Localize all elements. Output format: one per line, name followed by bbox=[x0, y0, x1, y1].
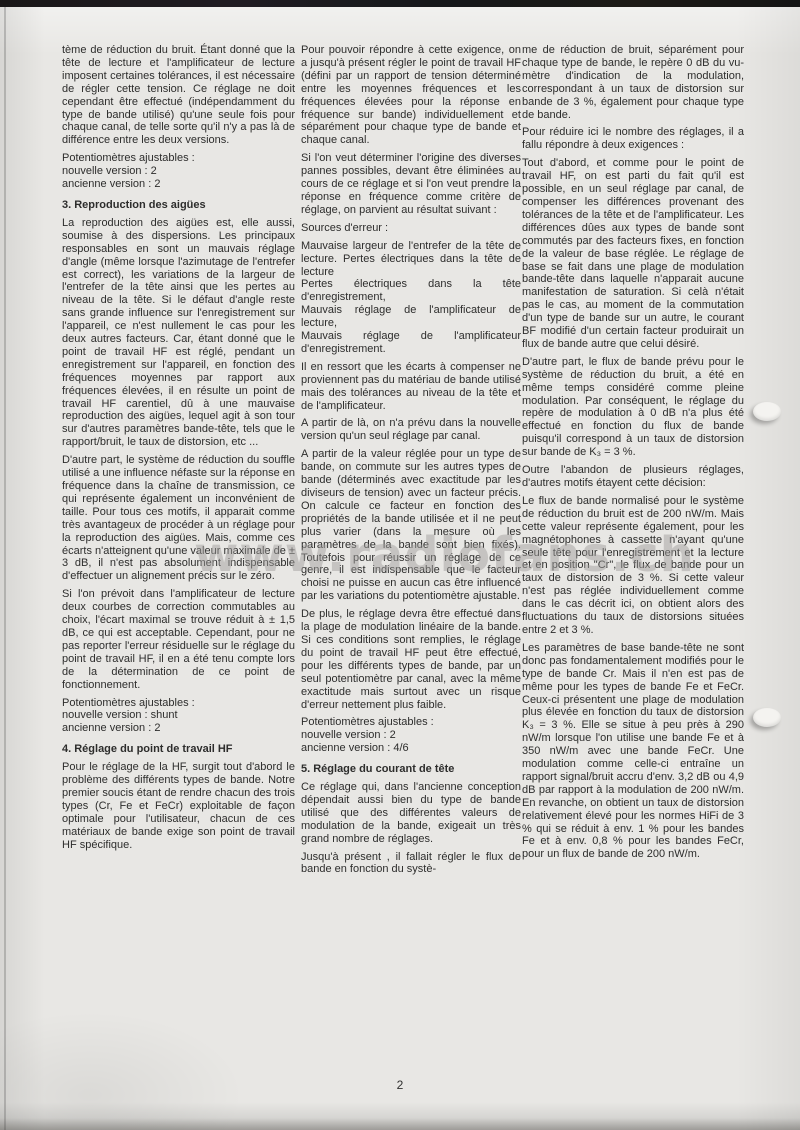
paragraph: tème de réduction du bruit. Étant donné … bbox=[62, 44, 295, 147]
list-line: Mauvaise largeur de l'entrefer de la têt… bbox=[301, 240, 521, 279]
paragraph: Pour le réglage de la HF, surgit tout d'… bbox=[62, 761, 295, 851]
page-number: 2 bbox=[0, 1078, 800, 1092]
spec-line: Potentiomètres ajustables : bbox=[62, 697, 295, 710]
paragraph: Pour pouvoir répondre à cette exigence, … bbox=[301, 44, 521, 147]
paragraph: A partir de la valeur réglée pour un typ… bbox=[301, 448, 521, 603]
paragraph: Le flux de bande normalisé pour le systè… bbox=[522, 495, 744, 637]
paragraph: Ce réglage qui, dans l'ancienne concepti… bbox=[301, 781, 521, 846]
adjustable-potentiometers-spec: Potentiomètres ajustables :nouvelle vers… bbox=[62, 152, 295, 191]
scan-bottom-shadow bbox=[0, 1118, 800, 1130]
spec-line: ancienne version : 2 bbox=[62, 178, 295, 191]
section-heading: 4. Réglage du point de travail HF bbox=[62, 743, 295, 756]
spec-line: Potentiomètres ajustables : bbox=[62, 152, 295, 165]
paragraph: Sources d'erreur : bbox=[301, 222, 521, 235]
spec-line: Potentiomètres ajustables : bbox=[301, 716, 521, 729]
list-line: Mauvais réglage de l'amplificateur de le… bbox=[301, 304, 521, 330]
punch-hole bbox=[753, 708, 781, 727]
adjustable-potentiometers-spec: Potentiomètres ajustables :nouvelle vers… bbox=[62, 697, 295, 736]
paragraph: D'autre part, le flux de bande prévu pou… bbox=[522, 356, 744, 459]
paragraph: Pour réduire ici le nombre des réglages,… bbox=[522, 126, 744, 152]
punch-hole bbox=[753, 402, 781, 421]
scan-top-edge bbox=[0, 0, 800, 7]
paragraph: Si l'on veut déterminer l'origine des di… bbox=[301, 152, 521, 217]
paragraph: Si l'on prévoit dans l'amplificateur de … bbox=[62, 588, 295, 691]
scanned-manual-page: tème de réduction du bruit. Étant donné … bbox=[0, 0, 800, 1130]
spec-line: nouvelle version : 2 bbox=[62, 165, 295, 178]
text-column-right: me de réduction de bruit, séparément pou… bbox=[522, 44, 744, 866]
paragraph: D'autre part, le système de réduction du… bbox=[62, 454, 295, 583]
list-line: Pertes électriques dans la tête d'enregi… bbox=[301, 278, 521, 304]
section-heading: 5. Réglage du courant de tête bbox=[301, 763, 521, 776]
spec-line: nouvelle version : shunt bbox=[62, 709, 295, 722]
list-line: Mauvais réglage de l'amplificateur d'enr… bbox=[301, 330, 521, 356]
paragraph: Tout d'abord, et comme pour le point de … bbox=[522, 157, 744, 351]
paragraph: La reproduction des aigües est, elle aus… bbox=[62, 217, 295, 449]
paragraph: Jusqu'à présent , il fallait régler le f… bbox=[301, 851, 521, 877]
paragraph: A partir de là, on n'a prévu dans la nou… bbox=[301, 417, 521, 443]
page-left-edge-line bbox=[4, 7, 6, 1130]
text-column-left: tème de réduction du bruit. Étant donné … bbox=[62, 44, 295, 856]
spec-line: nouvelle version : 2 bbox=[301, 729, 521, 742]
paragraph: Il en ressort que les écarts à compenser… bbox=[301, 361, 521, 413]
paragraph: De plus, le réglage devra être effectué … bbox=[301, 608, 521, 711]
section-heading: 3. Reproduction des aigües bbox=[62, 199, 295, 212]
paragraph: Outre l'abandon de plusieurs réglages, d… bbox=[522, 464, 744, 490]
spec-line: ancienne version : 4/6 bbox=[301, 742, 521, 755]
text-column-middle: Pour pouvoir répondre à cette exigence, … bbox=[301, 44, 521, 881]
paragraph: me de réduction de bruit, séparément pou… bbox=[522, 44, 744, 121]
paragraph: Les paramètres de base bande-tête ne son… bbox=[522, 642, 744, 861]
adjustable-potentiometers-spec: Potentiomètres ajustables :nouvelle vers… bbox=[301, 716, 521, 755]
error-sources-list: Mauvaise largeur de l'entrefer de la têt… bbox=[301, 240, 521, 356]
spec-line: ancienne version : 2 bbox=[62, 722, 295, 735]
